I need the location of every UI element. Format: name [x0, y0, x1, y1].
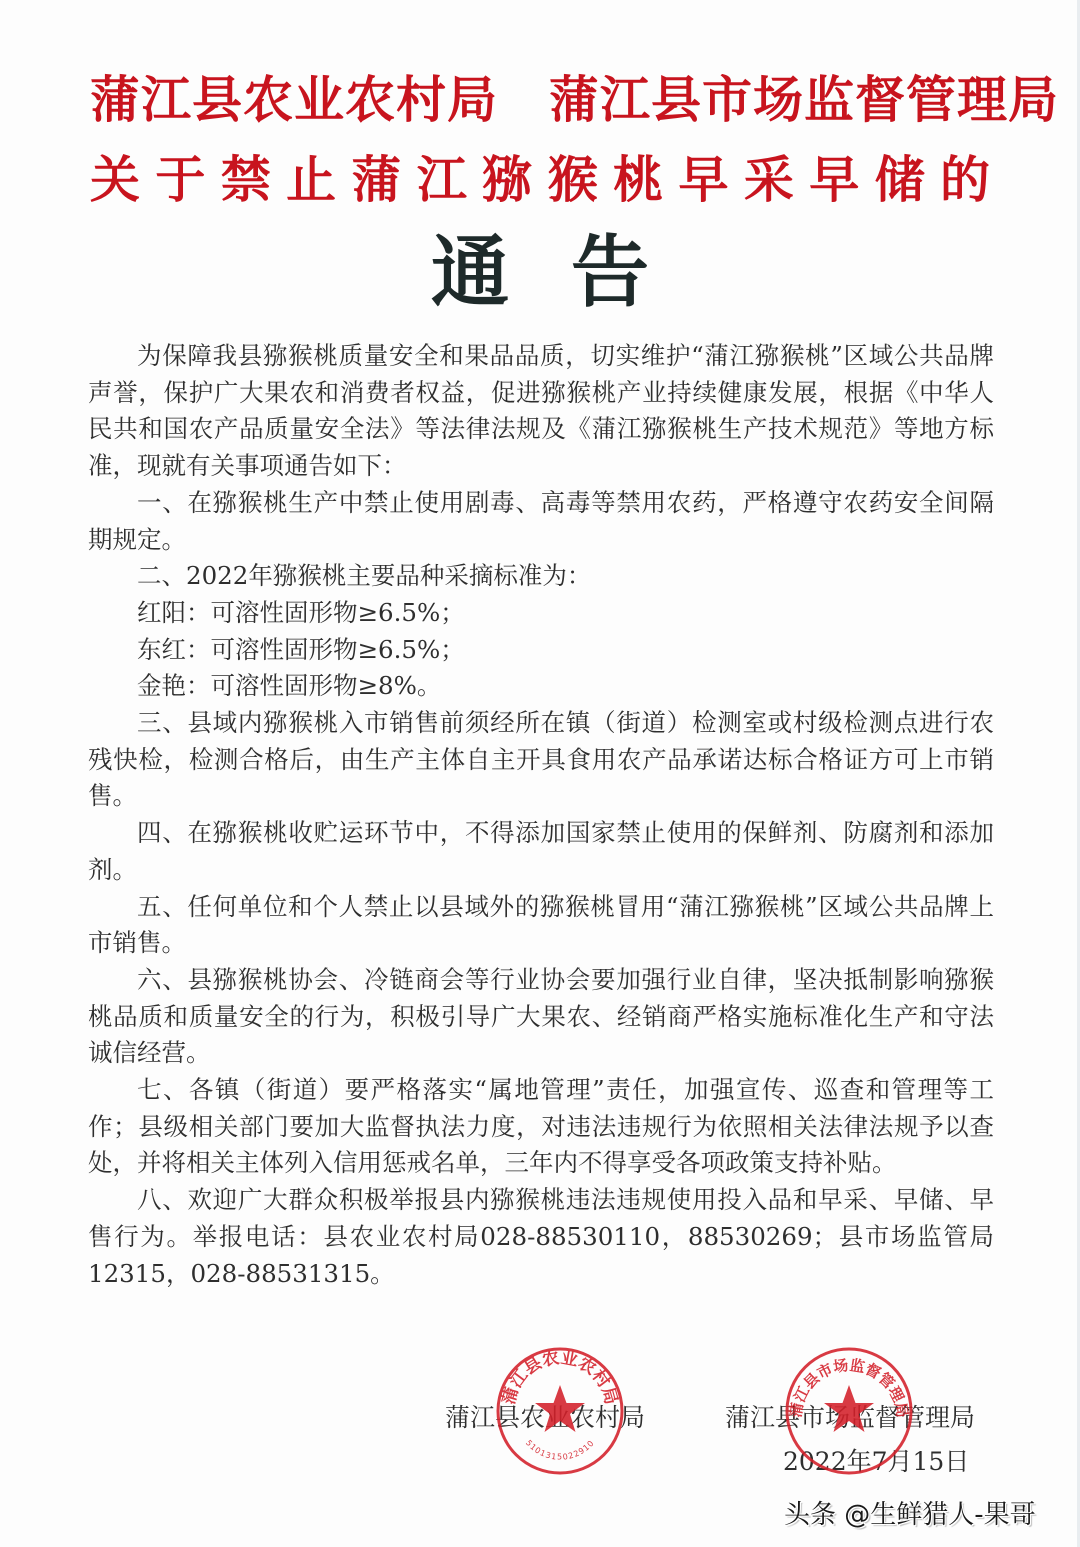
- clause-5: 五、任何单位和个人禁止以县域外的猕猴桃冒用“蒲江猕猴桃”区域公共品牌上市销售。: [88, 889, 994, 962]
- notice-subject-title: 关于禁止蒲江猕猴桃早采早储的: [90, 150, 990, 210]
- signature-market-bureau: 蒲江县市场监督管理局: [725, 1398, 975, 1434]
- standard-jinyan: 金艳：可溶性固形物≥8%。: [88, 668, 994, 705]
- intro-paragraph: 为保障我县猕猴桃质量安全和果品品质，切实维护“蒲江猕猴桃”区域公共品牌声誉，保护…: [88, 338, 994, 485]
- clause-7: 七、各镇（街道）要严格落实“属地管理”责任，加强宣传、巡查和管理等工作；县级相关…: [88, 1072, 994, 1182]
- signature-agriculture-bureau: 蒲江县农业农村局: [445, 1398, 645, 1434]
- svg-text:5101315022910: 5101315022910: [524, 1438, 596, 1461]
- standard-donghong: 东红：可溶性固形物≥6.5%；: [88, 632, 994, 669]
- clause-1: 一、在猕猴桃生产中禁止使用剧毒、高毒等禁用农药，严格遵守农药安全间隔期规定。: [88, 485, 994, 558]
- clause-6: 六、县猕猴桃协会、冷链商会等行业协会要加强行业自律，坚决抵制影响猕猴桃品质和质量…: [88, 962, 994, 1072]
- standard-hongyang: 红阳：可溶性固形物≥6.5%；: [88, 595, 994, 632]
- clause-8: 八、欢迎广大群众积极举报县内猕猴桃违法违规使用投入品和早采、早储、早售行为。举报…: [88, 1182, 994, 1292]
- notice-page: 蒲江县农业农村局 蒲江县市场监督管理局 关于禁止蒲江猕猴桃早采早储的 通告 为保…: [0, 0, 1080, 1547]
- notice-heading: 通告: [0, 228, 1080, 318]
- clause-4: 四、在猕猴桃收贮运环节中，不得添加国家禁止使用的保鲜剂、防腐剂和添加剂。: [88, 815, 994, 888]
- issuer-title: 蒲江县农业农村局 蒲江县市场监督管理局: [90, 70, 990, 130]
- clause-3: 三、县域内猕猴桃入市销售前须经所在镇（街道）检测室或村级检测点进行农残快检，检测…: [88, 705, 994, 815]
- notice-body: 为保障我县猕猴桃质量安全和果品品质，切实维护“蒲江猕猴桃”区域公共品牌声誉，保护…: [88, 338, 994, 1292]
- source-watermark: 头条 @生鲜猎人-果哥: [784, 1494, 1036, 1531]
- clause-2: 二、2022年猕猴桃主要品种采摘标准为：: [88, 558, 994, 595]
- signature-block: 蒲江县农业农村局 蒲江县市场监督管理局: [0, 1398, 1080, 1438]
- issue-date: 2022年7月15日: [783, 1442, 969, 1478]
